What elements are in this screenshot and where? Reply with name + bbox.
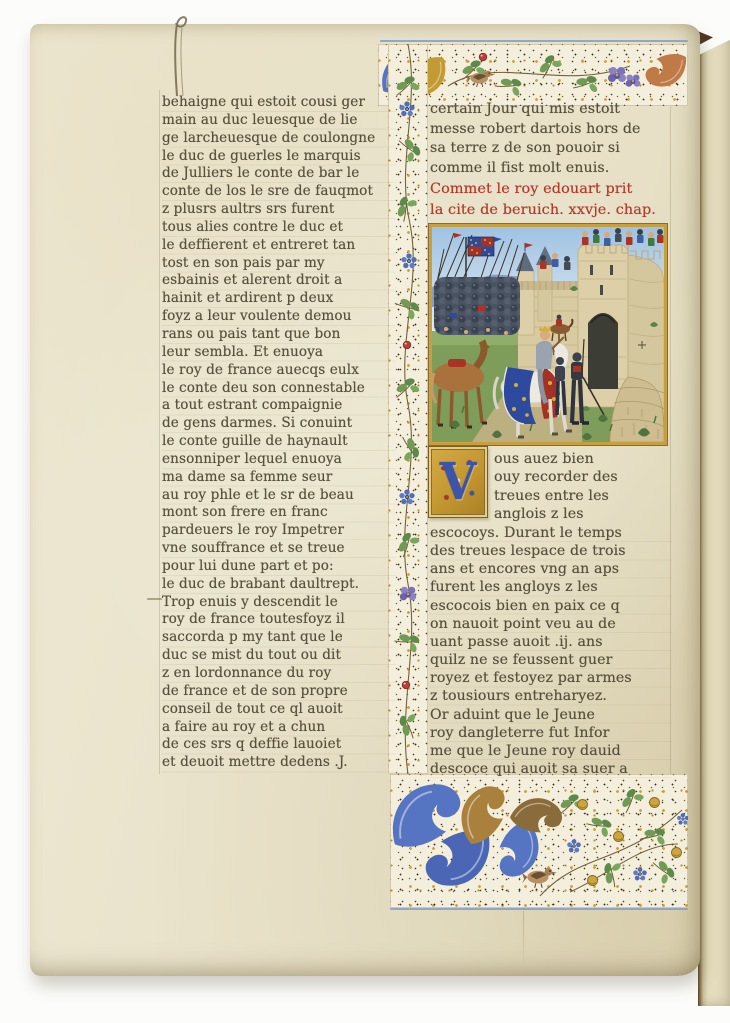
initial-letter: V [440,457,476,508]
right-column-body: escocoys. Durant le temps des treues les… [430,524,672,780]
bottom-border-blue-line [390,908,688,910]
miniature-painting-army-before-berwick [432,227,664,442]
illuminated-initial: V [428,446,488,518]
pansy-flower-motif [608,67,626,82]
left-text-column: behaigne qui estoit cousi ger main au du… [162,94,396,774]
royal-banner-quarterly-france-england [468,237,494,256]
photo-backdrop: behaigne qui estoit cousi ger main au du… [0,0,730,1023]
pen-flourish [146,12,208,98]
massed-helmets [434,277,520,335]
margin-mark [147,598,162,600]
miniature-frame [428,223,668,446]
gold-fruit-motif [577,799,587,809]
castle-gate [588,313,618,389]
top-border-blue-line [380,40,688,42]
bottom-border-decoration [390,774,688,908]
chapter-rubric: Commet le roy edouart prit la cite de be… [430,179,670,222]
facing-page-edge [698,34,730,1006]
right-column-intro: certain Jour qui mis estoit messe robert… [430,100,670,179]
column-rule-left [159,90,160,774]
right-column-initial-text: ous auez bien ouy recorder des treues en… [494,450,672,524]
